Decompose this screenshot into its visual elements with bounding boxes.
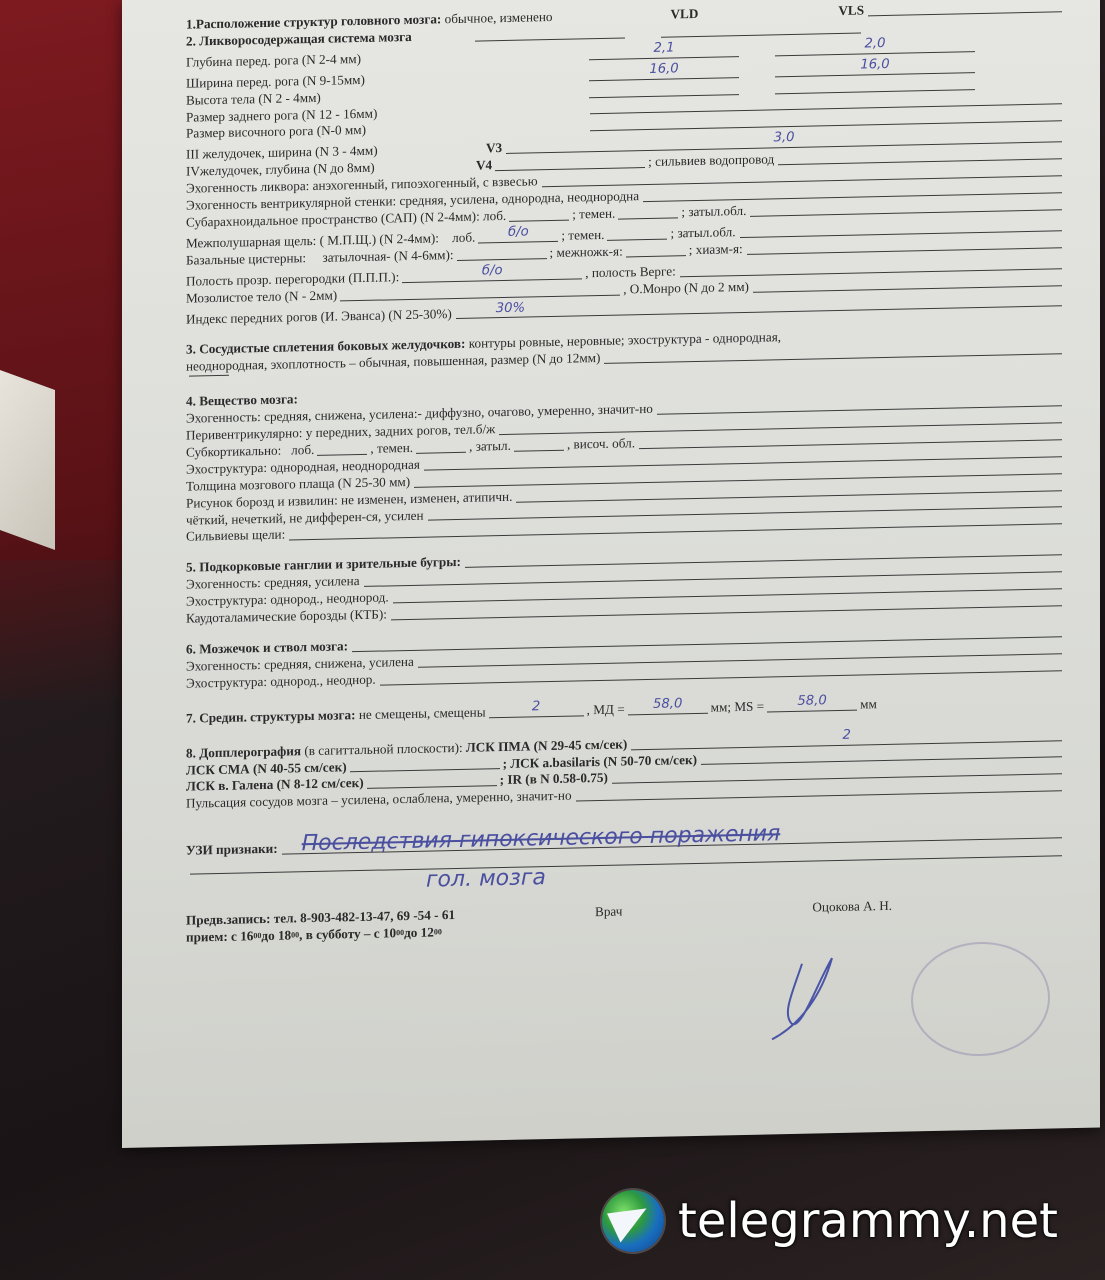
row-label: ; хиазм-я:	[689, 241, 743, 259]
fill-line	[457, 258, 547, 261]
fill-line	[189, 375, 229, 377]
aqueduct-label: ; сильвиев водопровод	[648, 152, 774, 172]
ir-label: ; IR (в N 0.58-0.75)	[500, 770, 608, 789]
fill-line	[514, 450, 564, 452]
ms-label: MS =	[734, 698, 764, 716]
ppp-value: б/о	[402, 261, 582, 283]
v3-tag: V3	[486, 140, 502, 157]
row-label: лоб.	[452, 229, 475, 246]
row-label: ; затыл.обл.	[681, 203, 746, 221]
row-label: Мозолистое тело (N - 2мм)	[186, 287, 337, 307]
ms-value: 58,0	[767, 692, 857, 712]
md-value: 58,0	[628, 695, 708, 715]
doctor-signature	[762, 953, 852, 1045]
hours-sup: 00	[291, 927, 299, 944]
row-label: височ. обл.	[574, 435, 635, 453]
ms-unit: мм	[860, 696, 877, 713]
report-body: 1.Расположение структур головного мозга:…	[186, 0, 1066, 947]
saturday-mid: до 12	[404, 924, 434, 942]
row-label: Сильвиевы щели:	[186, 527, 285, 546]
background-cloth-fold	[0, 0, 130, 700]
ultrasound-report-sheet: 1.Расположение структур головного мозга:…	[122, 0, 1100, 1148]
fill-line	[618, 217, 678, 219]
fill-line	[317, 454, 367, 456]
row-label: , полость Верге:	[585, 263, 676, 282]
value-vls: 2,0	[775, 34, 975, 56]
row-label: темен.	[377, 440, 413, 458]
conclusion-label: УЗИ признаки:	[186, 841, 278, 860]
value-vld: 16,0	[589, 60, 739, 81]
hours-mid: до 18	[261, 927, 291, 945]
doctor-label: Врач	[595, 904, 622, 921]
md-label: , МД =	[587, 701, 625, 719]
saturday-sup: 00	[396, 925, 404, 942]
value-vld: 2,1	[589, 39, 739, 60]
row-label: затыл.	[476, 438, 511, 456]
value-vls: 16,0	[775, 55, 975, 77]
section-7-options: не смещены, смещены	[359, 704, 486, 724]
row-label: ; темен.	[561, 227, 604, 245]
md-unit: мм;	[711, 699, 731, 716]
doctor-name: Оцокова А. Н.	[812, 898, 892, 917]
col-vld: VLD	[671, 6, 699, 23]
saturday-prefix: , в субботу – с 10	[299, 925, 396, 944]
row-label: ; межножк-я:	[550, 243, 623, 261]
background-tissue	[0, 370, 55, 550]
telegram-globe-icon	[602, 1190, 664, 1252]
row-label: Субкортикально:	[186, 443, 281, 462]
row-label: ; затыл.обл.	[670, 224, 735, 242]
row-label: ; темен.	[572, 206, 615, 224]
row-label: лоб.	[291, 442, 314, 459]
watermark-text: telegrammy.net	[678, 1193, 1058, 1249]
col-vls: VLS	[838, 2, 864, 19]
section-7-title: 7. Средин. структуры мозга:	[186, 707, 356, 727]
fill-line	[607, 238, 667, 240]
shift-value: 2	[489, 698, 584, 718]
fill-line	[626, 255, 686, 257]
v4-tag: V4	[476, 157, 492, 174]
hours-prefix: прием: с 16	[186, 928, 253, 946]
hours-sup: 00	[253, 928, 261, 945]
section-8-subtitle: (в сагиттальной плоскости):	[304, 739, 462, 759]
mpsh-value: б/о	[478, 224, 558, 244]
row-label: Базальные цистерны:	[186, 250, 306, 269]
saturday-sup: 00	[434, 924, 442, 941]
fill-line	[416, 452, 466, 454]
fill-line	[509, 220, 569, 222]
conclusion-line2: гол. мозга	[426, 870, 546, 889]
watermark: telegrammy.net	[602, 1190, 1058, 1252]
clinic-stamp	[911, 941, 1050, 1058]
fill-line	[367, 785, 497, 789]
section-1-options: обычное, изменено	[445, 9, 553, 28]
